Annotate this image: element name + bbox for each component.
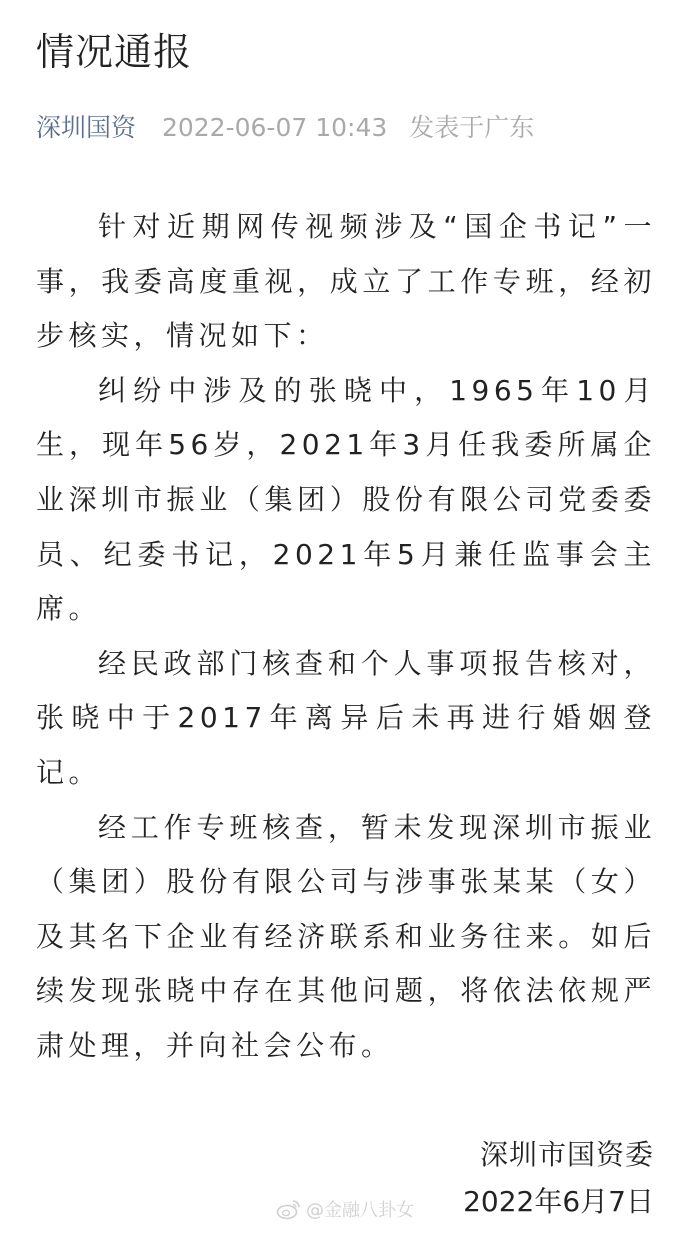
watermark: @金融八卦女 — [276, 1196, 414, 1222]
paragraph: 经工作专班核查，暂未发现深圳市振业（集团）股份有限公司与涉事张某某（女）及其名下… — [36, 801, 656, 1074]
article-body: 针对近期网传视频涉及“国企书记”一事，我委高度重视，成立了工作专班，经初步核实，… — [36, 200, 656, 1074]
weibo-icon — [276, 1198, 302, 1220]
publish-location: 发表于广东 — [409, 113, 534, 142]
author-link[interactable]: 深圳国资 — [36, 113, 136, 142]
paragraph: 针对近期网传视频涉及“国企书记”一事，我委高度重视，成立了工作专班，经初步核实，… — [36, 200, 656, 364]
watermark-text: @金融八卦女 — [306, 1196, 414, 1222]
page-title: 情况通报 — [36, 30, 192, 76]
signature-date: 2022年6月7日 — [463, 1180, 654, 1220]
paragraph: 经民政部门核查和个人事项报告核对，张晓中于2017年离异后未再进行婚姻登记。 — [36, 637, 656, 801]
paragraph: 纠纷中涉及的张晓中，1965年10月生，现年56岁，2021年3月任我委所属企业… — [36, 364, 656, 637]
signature-org: 深圳市国资委 — [480, 1133, 654, 1173]
article-meta: 深圳国资 2022-06-07 10:43 发表于广东 — [36, 112, 534, 144]
publish-datetime: 2022-06-07 10:43 — [162, 113, 387, 142]
